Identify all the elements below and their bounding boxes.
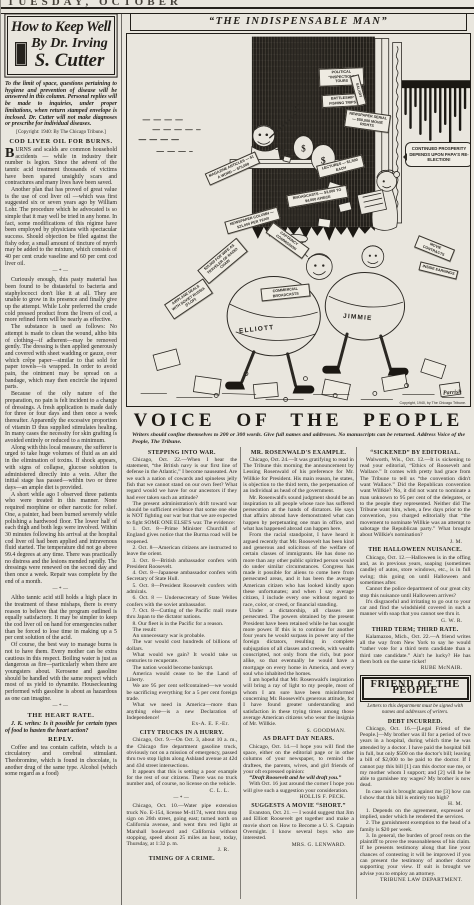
paragraph: A short while ago I observed three patie… [5, 492, 117, 586]
paragraph: Chicago, Oct. 12.—Halloween is in the of… [360, 555, 471, 586]
section-heading: THE HEART RATE. [5, 713, 117, 720]
cartoon-scene: $ $ [126, 33, 471, 407]
paragraph: Chicago, Oct. 9.—On Oct. 3, about 10 a. … [127, 737, 238, 768]
voice-column-2: MR. ROSENWALD'S EXAMPLE.Chicago, Oct. 24… [240, 447, 357, 899]
paragraph: 1. Depends on the agreement, expressed o… [360, 808, 471, 821]
section-heading: MR. ROSENWALD'S EXAMPLE. [243, 450, 354, 456]
signature: Ex-A. E. F.-Er. [127, 721, 238, 727]
masthead-title: How to Keep Well [10, 20, 112, 35]
paragraph: 5. Oct. 8—President Roosevelt confers wi… [127, 583, 238, 596]
paragraph: The substance is used as follows: No att… [5, 324, 117, 391]
divider: —*— [5, 269, 117, 276]
paragraph: Chicago, Oct. 10.—Water pipe extension t… [127, 803, 238, 847]
section-heading: SUGGESTS A MOVIE “SHORT.” [243, 803, 354, 809]
motion-lines [139, 120, 200, 152]
paragraph: I am hopeful that Mr. Rosenwald's inspir… [243, 677, 354, 727]
signature: MRS. G. LENWARD. [243, 842, 354, 848]
health-article-body: To the limit of space, questions pertain… [4, 81, 118, 778]
signature: C. L. L. [127, 788, 238, 794]
masthead-author: S. Cutter [31, 51, 108, 70]
paragraph: Walworth, Wis., Oct. 12.—It is sickening… [360, 457, 471, 539]
paragraph: 3. Oct. 8—British ambassador confers wit… [127, 558, 238, 571]
paragraph: In case suit is brought against me [3] h… [360, 789, 471, 802]
signature: J. M. [360, 539, 471, 545]
paragraph: Chicago, Oct. 16.—[Legal Friend of the P… [360, 726, 471, 789]
paragraph: BURNS and scalds are common household ac… [5, 147, 117, 187]
paragraph: America would cease to be the Land of Li… [127, 671, 238, 684]
section-heading: AS DRAFT DAY NEARS. [243, 736, 354, 742]
signature: S. GOODMAN. [243, 728, 354, 734]
paragraph: Coffee and tea contain caffein, which is… [5, 745, 117, 779]
paragraph: Chicago, Oct. 24.—It was gratifying to r… [243, 457, 354, 495]
paragraph: 3. In general, the burden of proof rests… [360, 833, 471, 877]
section-heading: COD LIVER OIL FOR BURNS. [5, 139, 117, 146]
paragraph: Chicago, Oct. 14.—I hope you will find t… [243, 744, 354, 775]
drop-cap: B [5, 147, 15, 159]
divider: —*— [5, 587, 117, 594]
paragraph: Curiously enough, this pasty material ha… [5, 277, 117, 324]
italic-note: Letters to this department must be signe… [360, 704, 471, 716]
paragraph: The present administration's drift towar… [127, 501, 238, 526]
boxed-heading: FRIEND OF THE PEOPLE [362, 677, 469, 701]
main-area: “THE INDISPENSABLE MAN” [121, 13, 473, 905]
paragraph: From the racial standpoint, I have heard… [243, 532, 354, 608]
section-heading: STEPPING INTO WAR. [127, 450, 238, 456]
voice-columns: STEPPING INTO WAR.Chicago, Oct. 22.—When… [124, 447, 473, 899]
health-masthead: How to Keep Well By Dr. Irving S. Cutter [7, 16, 115, 75]
speech-bubble: CONTINUED PROSPERITY DEPENDS UPON PAPA'S… [405, 142, 471, 167]
paragraph: With Oct. 16 just around the corner I ho… [243, 781, 354, 794]
paragraph: Mr. Rosenwald's sound judgment should be… [243, 495, 354, 533]
voice-section-title: VOICE OF THE PEOPLE [124, 410, 473, 431]
signature: G. W. R. [360, 618, 471, 624]
paragraph: 7. Oct. 8—Cutting of the Pacific mail ro… [127, 608, 238, 621]
newspaper-page: TUESDAY, OCTOBER How to Keep Well By Dr.… [0, 0, 474, 905]
section-heading: THIRD TERM; THIRD RATE. [360, 627, 471, 633]
paragraph: It appears that this is setting a poor e… [127, 769, 238, 788]
paragraph: Another plan that has proved of great va… [5, 187, 117, 267]
cartoon-title: “THE INDISPENSABLE MAN” [130, 13, 467, 31]
paragraph: Cannot the police department of our grea… [360, 586, 471, 599]
masthead-byline: By Dr. Irving [31, 37, 108, 51]
signature: RUBE McNAIR. [360, 665, 471, 671]
paragraph: 2. Oct. 8—American citizens are instruct… [127, 545, 238, 558]
section-heading: “SICKENED” BY EDITORIAL. [360, 450, 471, 456]
jimmie-figure [322, 246, 408, 376]
column-logo-icon [14, 41, 28, 67]
paragraph: Kalamazoo, Mich., Oct. 22.—A friend writ… [360, 634, 471, 665]
paragraph: We are 95 per cent selfcontained—we woul… [127, 683, 238, 702]
paragraph: 2. The garnishment exemption to the head… [360, 820, 471, 833]
paragraph: What we need in America—more than anythi… [127, 702, 238, 721]
section-heading: DEBT INCURRED. [360, 719, 471, 725]
paragraph: 8. Our fleet is in the Pacific for a rea… [127, 621, 238, 627]
signature: TRIBUNE LAW DEPARTMENT. [360, 877, 471, 883]
voice-section-intro: Writers should confine themselves to 200… [132, 432, 465, 445]
section-heading: THE HALLOWEEN NUISANCE. [360, 547, 471, 553]
divider: —*— [5, 704, 117, 711]
cartoon-copyright: Copyright, 1940, by The Chicago Tribune. [400, 401, 466, 405]
section-heading: REPLY. [5, 737, 117, 744]
paragraph: 4. Oct. 8—Japanese ambassador confers wi… [127, 570, 238, 583]
health-column: How to Keep Well By Dr. Irving S. Cutter… [4, 13, 118, 905]
paragraph: Chicago, Oct. 22.—When I hear the statem… [127, 457, 238, 501]
paragraph: Because of the oily nature of the prepar… [5, 391, 117, 445]
paragraph: What would we gain? It would take us cen… [127, 652, 238, 665]
divider: —*— [127, 796, 238, 802]
elliott-figure [225, 234, 332, 393]
paragraph: It's disgraceful and irritating to go ou… [360, 599, 471, 618]
cartoon-drawing: $ $ [127, 34, 470, 406]
ground-papers [153, 349, 461, 401]
editorial-cartoon: “THE INDISPENSABLE MAN” [125, 13, 472, 407]
italic-note: To the limit of space, questions pertain… [5, 81, 117, 128]
signature: J. R. [127, 847, 238, 853]
section-heading: CITY TRUCKS IN A HURRY. [127, 730, 238, 736]
section-heading: TIMING OF A CRIME. [127, 856, 238, 862]
paragraph: Under a dictatorship, all classes are pe… [243, 608, 354, 677]
copyright-line: [Copyright: 1940: By The Chicago Tribune… [5, 130, 117, 137]
paragraph: Along with this local measure, the suffe… [5, 445, 117, 492]
voice-column-3: “SICKENED” BY EDITORIAL.Walworth, Wis., … [356, 447, 473, 899]
voice-column-1: STEPPING INTO WAR.Chicago, Oct. 22.—When… [124, 447, 240, 899]
paragraph: Altho tannic acid still holds a high pla… [5, 595, 117, 642]
paragraph: Evanston, Oct. 21. — I would suggest tha… [243, 810, 354, 841]
signature: HOLLIS F. PECK. [243, 794, 354, 800]
dollar-sign: $ [301, 144, 306, 154]
ground-lines [141, 393, 464, 399]
quote-line: J. K. writes: Is it possible for certain… [5, 721, 117, 734]
paragraph: The war would cost hundreds of billions … [127, 639, 238, 652]
paragraph: 1. Oct. 8—Prime Minister Churchill of En… [127, 526, 238, 545]
paragraph: 6. Oct. 8 — Undersecretary of State Well… [127, 595, 238, 608]
paragraph: Of course, the best way to manage burns … [5, 642, 117, 702]
